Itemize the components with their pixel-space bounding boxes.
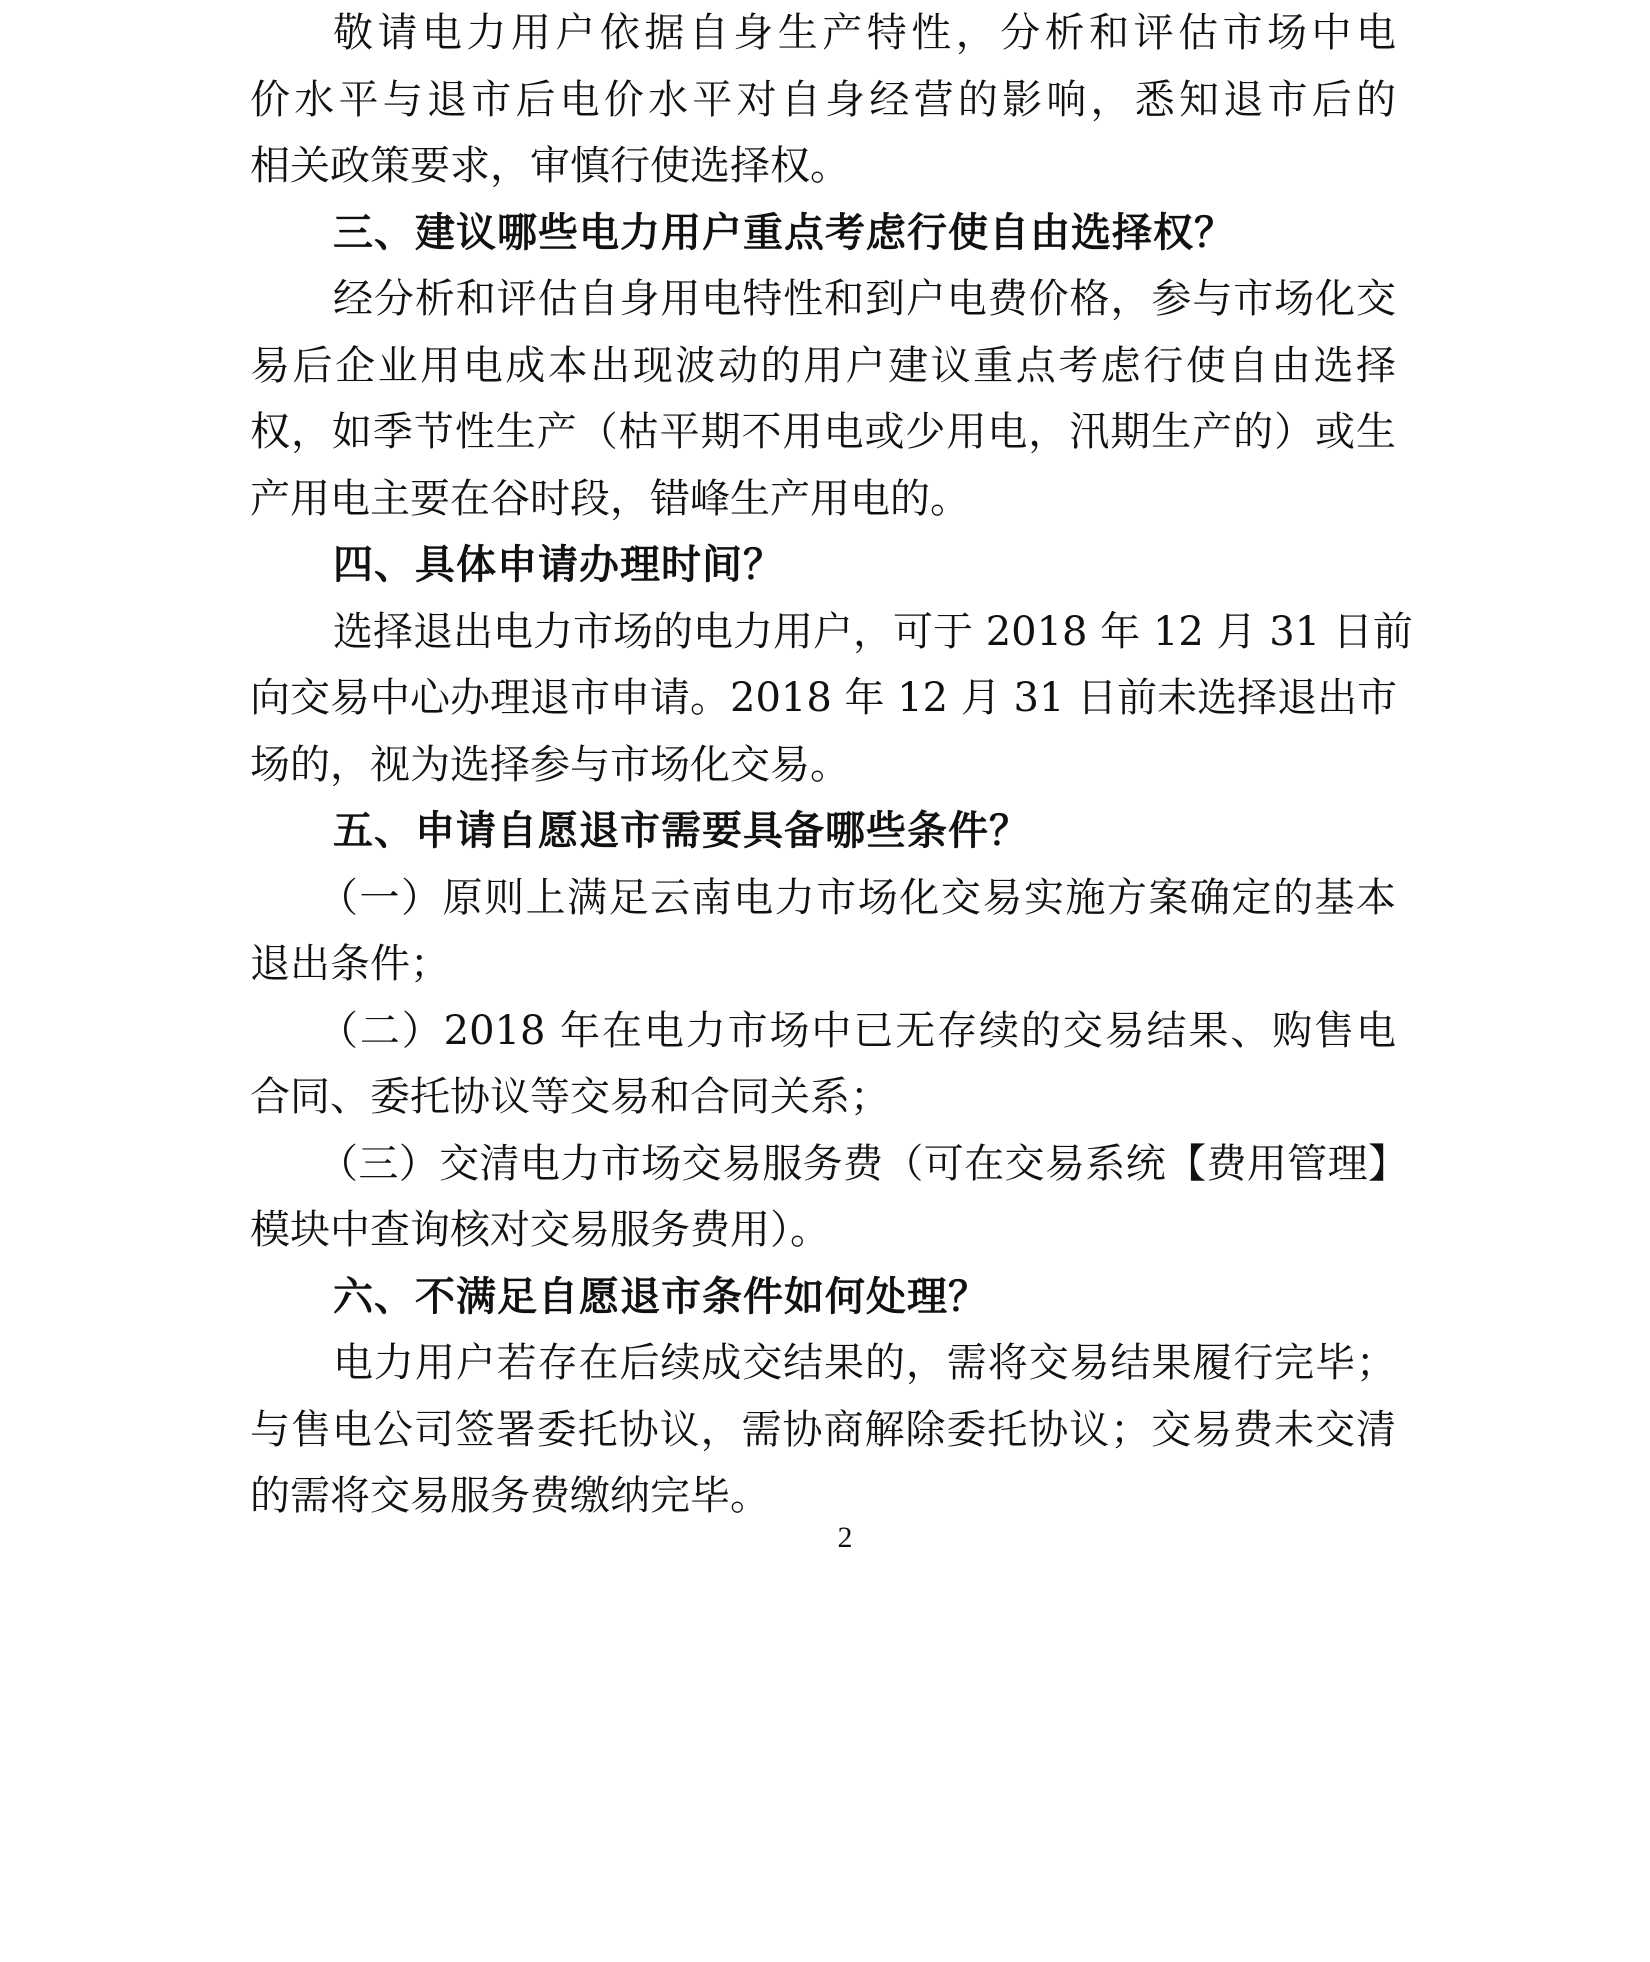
paragraph-line: 相关政策要求，审慎行使选择权。 <box>250 133 1396 199</box>
paragraph-line: 场的，视为选择参与市场化交易。 <box>250 732 1396 798</box>
list-item-line: 合同、委托协议等交易和合同关系； <box>250 1064 1396 1130</box>
document-page: 敬请电力用户依据自身生产特性，分析和评估市场中电 价水平与退市后电价水平对自身经… <box>0 0 1650 1962</box>
section-heading-5: 五、申请自愿退市需要具备哪些条件？ <box>333 798 1396 864</box>
list-item-line: （一）原则上满足云南电力市场化交易实施方案确定的基本 <box>318 865 1396 931</box>
page-number: 2 <box>0 1518 1650 1558</box>
paragraph-line: 电力用户若存在后续成交结果的，需将交易结果履行完毕； <box>333 1330 1396 1396</box>
list-item-line: （二）2018 年在电力市场中已无存续的交易结果、购售电 <box>318 998 1396 1064</box>
list-item-line: （三）交清电力市场交易服务费（可在交易系统【费用管理】 <box>318 1131 1408 1197</box>
section-heading-3: 三、建议哪些电力用户重点考虑行使自由选择权？ <box>333 200 1396 266</box>
section-heading-4: 四、具体申请办理时间？ <box>333 532 1396 598</box>
paragraph-line: 价水平与退市后电价水平对自身经营的影响，悉知退市后的 <box>250 67 1396 133</box>
paragraph-line: 产用电主要在谷时段，错峰生产用电的。 <box>250 466 1396 532</box>
paragraph-line: 选择退出电力市场的电力用户，可于 2018 年 12 月 31 日前 <box>333 599 1396 665</box>
paragraph-line: 经分析和评估自身用电特性和到户电费价格，参与市场化交 <box>333 266 1396 332</box>
paragraph-line: 敬请电力用户依据自身生产特性，分析和评估市场中电 <box>333 0 1396 66</box>
paragraph-line: 向交易中心办理退市申请。2018 年 12 月 31 日前未选择退出市 <box>250 665 1396 731</box>
paragraph-line: 与售电公司签署委托协议，需协商解除委托协议；交易费未交清 <box>250 1397 1396 1463</box>
section-heading-6: 六、不满足自愿退市条件如何处理？ <box>333 1264 1396 1330</box>
paragraph-line: 易后企业用电成本出现波动的用户建议重点考虑行使自由选择 <box>250 333 1396 399</box>
list-item-line: 模块中查询核对交易服务费用）。 <box>250 1197 1396 1263</box>
paragraph-line: 权，如季节性生产（枯平期不用电或少用电，汛期生产的）或生 <box>250 399 1396 465</box>
list-item-line: 退出条件； <box>250 931 1396 997</box>
